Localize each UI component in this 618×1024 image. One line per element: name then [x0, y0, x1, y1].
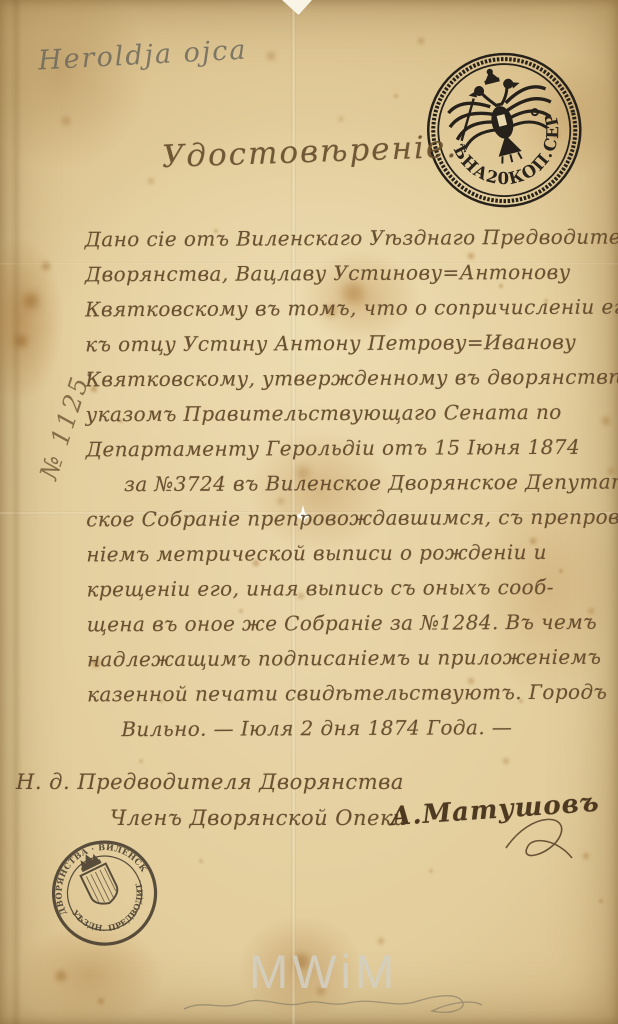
body-line: Дворянства, Вацлаву Устинову=Антонову	[85, 255, 605, 293]
body-line: указомъ Правительствующаго Сената по	[86, 395, 606, 433]
pencil-inscription	[180, 985, 490, 1021]
body-line: ніемъ метрической выписи о рожденіи и	[86, 535, 606, 573]
body-line: къ отцу Устину Антону Петрову=Иванову	[85, 325, 605, 363]
document-scan: Heroldja ojca	[0, 0, 618, 1024]
foxing-speckles	[0, 0, 2, 2]
body-line: Квятковскому, утвержденному въ дворянств…	[85, 360, 605, 398]
signoff-role-line: Членъ Дворянской Опеки	[110, 806, 407, 830]
signoff-title-line: Н. д. Предводителя Дворянства	[16, 770, 404, 794]
stain-blotch	[0, 0, 150, 170]
body-line: надлежащимъ подписаніемъ и приложеніемъ	[87, 640, 607, 678]
body-line: за №3724 въ Виленское Дворянское Депутат…	[86, 465, 606, 503]
body-line: щена въ оное же Собраніе за №1284. Въ че…	[87, 605, 607, 643]
paper-tear	[282, 0, 312, 15]
body-line: крещеніи его, иная выпись съ оныхъ сооб-	[86, 570, 606, 608]
document-body: Дано сіе отъ Виленскаго Уѣзднаго Предвод…	[85, 220, 608, 748]
body-line: Квятковскому въ томъ, что о сопричислені…	[85, 290, 605, 328]
body-line: ское Собраніе препровождавшимся, съ преп…	[86, 500, 606, 538]
body-line: Департаменту Герольдіи отъ 15 Іюня 1874	[86, 430, 606, 468]
signature-flourish	[498, 806, 588, 876]
body-line: Вильно. — Іюля 2 дня 1874 Года. —	[87, 710, 607, 748]
body-line: казенной печати свидѣтельствуютъ. Городъ	[87, 675, 607, 713]
body-line: Дано сіе отъ Виленскаго Уѣзднаго Предвод…	[85, 220, 605, 258]
